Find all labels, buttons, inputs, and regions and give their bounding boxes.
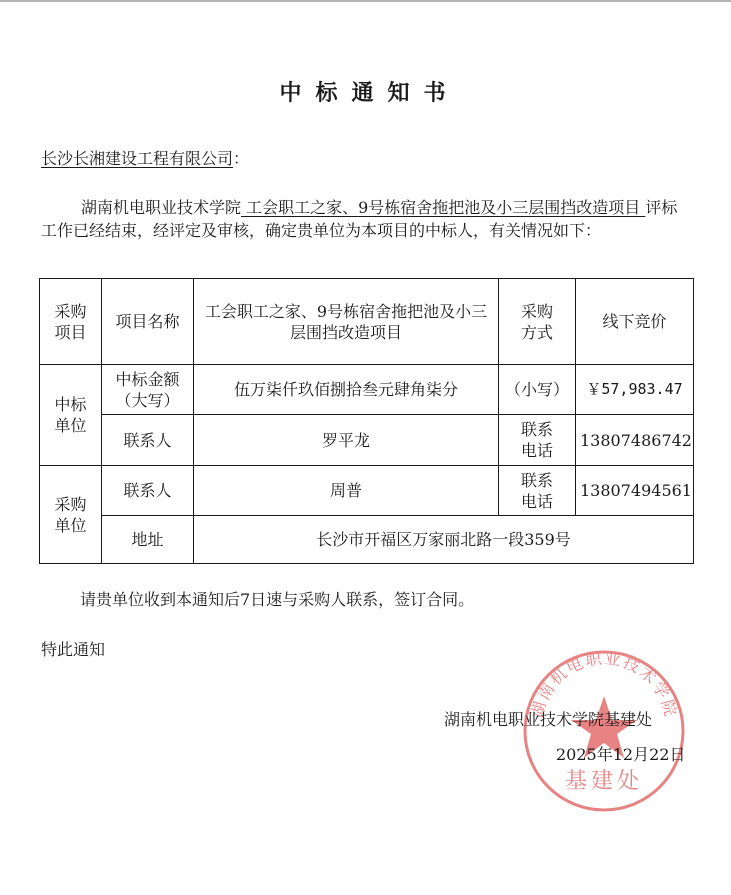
winner-phone-value: 13807486742 (576, 415, 694, 466)
purchaser-phone-label: 联系电话 (499, 466, 576, 516)
purchaser-unit-label: 采购单位 (40, 466, 102, 564)
table-row: 采购项目 项目名称 工会职工之家、9号栋宿舍拖把池及小三层围挡改造项目 采购方式… (40, 279, 694, 365)
document-title: 中标通知书 (0, 76, 731, 107)
address-value: 长沙市开福区万家丽北路一段359号 (194, 516, 694, 564)
winning-unit-label: 中标单位 (40, 365, 102, 466)
intro-project-name: 工会职工之家、9号栋宿舍拖把池及小三层围挡改造项目 (241, 198, 645, 217)
table-row: 中标单位 中标金额（大写） 伍万柒仟玖佰捌拾叁元肆角柒分 （小写） ￥57,98… (40, 365, 694, 415)
table-row: 地址 长沙市开福区万家丽北路一段359号 (40, 516, 694, 564)
bid-amount-lower-value: ￥57,983.47 (576, 365, 694, 415)
addressee: 长沙长湘建设工程有限公司： (41, 146, 249, 169)
project-name-label: 项目名称 (102, 279, 194, 365)
signer-organization: 湖南机电职业技术学院基建处 (444, 707, 652, 730)
purchaser-contact-value: 周普 (194, 466, 499, 516)
procurement-method-label: 采购方式 (499, 279, 576, 365)
official-seal-icon: 湖南机电职业技术学院 基建处 (521, 648, 687, 814)
address-label: 地址 (102, 516, 194, 564)
winner-phone-label: 联系电话 (499, 415, 576, 466)
bid-amount-upper-label: 中标金额（大写） (102, 365, 194, 415)
purchaser-phone-value: 13807494561 (576, 466, 694, 516)
addressee-company: 长沙长湘建设工程有限公司 (41, 149, 233, 168)
addressee-colon: ： (233, 149, 249, 168)
bid-amount-upper-value: 伍万柒仟玖佰捌拾叁元肆角柒分 (194, 365, 499, 415)
svg-text:基建处: 基建处 (565, 769, 643, 794)
issue-date: 2025年12月22日 (556, 742, 685, 765)
winner-contact-label: 联系人 (102, 415, 194, 466)
award-info-table: 采购项目 项目名称 工会职工之家、9号栋宿舍拖把池及小三层围挡改造项目 采购方式… (39, 278, 694, 564)
table-row: 联系人 罗平龙 联系电话 13807486742 (40, 415, 694, 466)
intro-organization: 湖南机电职业技术学院 (81, 198, 241, 217)
notice-text: 特此通知 (41, 637, 105, 660)
project-name-value: 工会职工之家、9号栋宿舍拖把池及小三层围挡改造项目 (194, 279, 499, 365)
procurement-project-label: 采购项目 (40, 279, 102, 365)
winner-contact-value: 罗平龙 (194, 415, 499, 466)
intro-paragraph: 湖南机电职业技术学院 工会职工之家、9号栋宿舍拖把池及小三层围挡改造项目 评标工… (41, 196, 691, 242)
purchaser-contact-label: 联系人 (102, 466, 194, 516)
table-row: 采购单位 联系人 周普 联系电话 13807494561 (40, 466, 694, 516)
top-border (0, 0, 731, 2)
bid-amount-lower-label: （小写） (499, 365, 576, 415)
procurement-method-value: 线下竞价 (576, 279, 694, 365)
closing-instruction: 请贵单位收到本通知后7日速与采购人联系，签订合同。 (80, 587, 474, 610)
